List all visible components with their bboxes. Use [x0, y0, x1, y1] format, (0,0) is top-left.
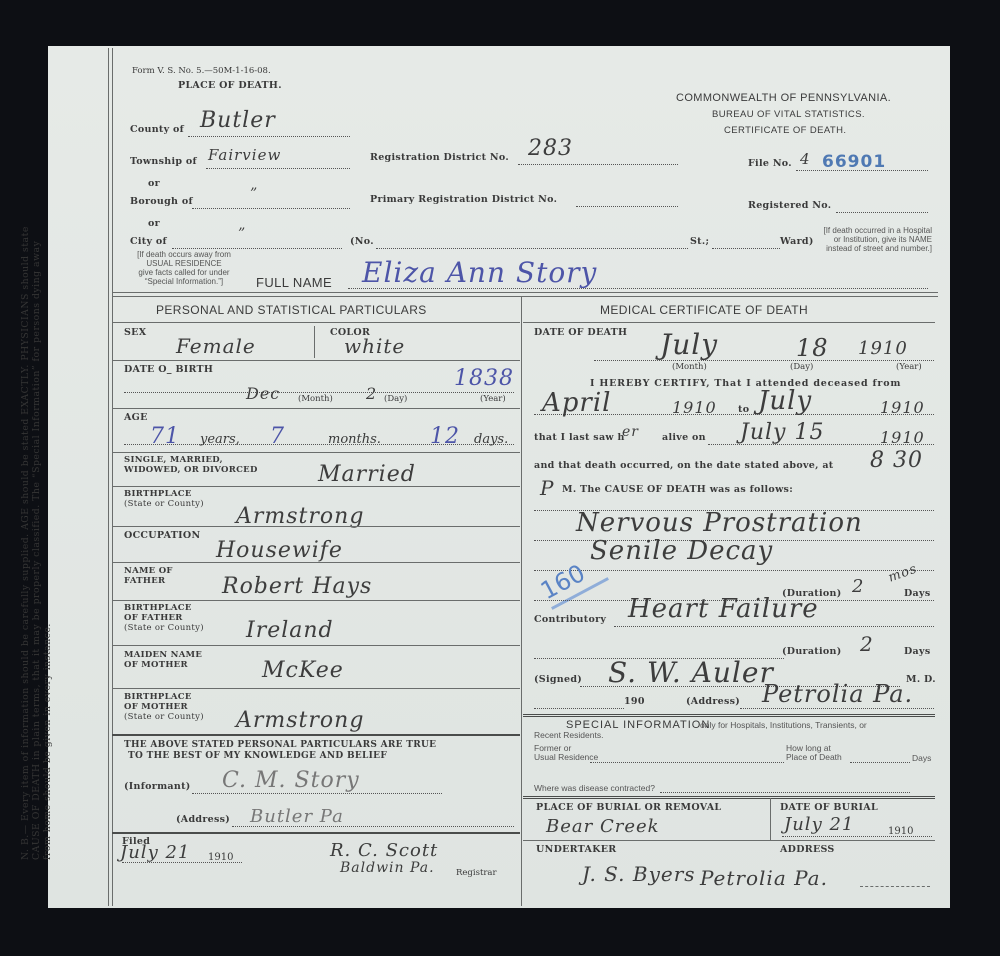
physician-address-label: (Address): [686, 696, 740, 707]
residence-note-line: give facts called for under: [126, 268, 242, 277]
day-caption: (Day): [790, 362, 813, 372]
father-label-line: NAME OF: [124, 566, 173, 576]
side-note-line: from home should be given in every insta…: [42, 50, 53, 860]
affirmation: THE ABOVE STATED PERSONAL PARTICULARS AR…: [124, 740, 436, 762]
days-caption: days.: [474, 432, 508, 447]
days-label: Days: [904, 588, 930, 599]
color-value: white: [344, 334, 405, 358]
township-value: Fairview: [208, 146, 281, 164]
months-caption: months.: [328, 432, 381, 447]
certificate-heading: CERTIFICATE OF DEATH.: [724, 125, 846, 136]
file-no-label: File No.: [748, 158, 792, 169]
registrar-label: Registrar: [456, 868, 497, 878]
last-saw-date: July 15: [740, 420, 824, 445]
cause-primary: Nervous Prostration: [576, 508, 863, 538]
to-label: to: [738, 404, 749, 415]
sex-value: Female: [176, 334, 256, 358]
age-label: AGE: [124, 412, 148, 423]
row-rule: [112, 452, 520, 453]
burial-date-label: DATE OF BURIAL: [780, 802, 878, 813]
street-label: St.;: [690, 236, 709, 247]
mother-label-line: OF MOTHER: [124, 660, 202, 670]
signed-label: (Signed): [534, 674, 582, 685]
row-rule: [112, 734, 520, 736]
section-rule: [112, 292, 938, 293]
row-rule: [112, 645, 520, 646]
month-caption: (Month): [672, 362, 707, 372]
former-residence-label: Former or Usual Residence: [534, 744, 598, 762]
birthplace-label-line: BIRTHPLACE: [124, 489, 204, 499]
duration-value: 2: [852, 576, 864, 597]
street-no-label: (No.: [350, 236, 374, 247]
death-time: 8 30: [870, 448, 923, 473]
year-caption: (Year): [896, 362, 922, 372]
sex-label: SEX: [124, 327, 146, 338]
registrar-address: Baldwin Pa.: [340, 860, 435, 876]
filed-year: 1910: [208, 852, 233, 863]
day-caption: (Day): [384, 394, 407, 404]
father-value: Robert Hays: [222, 574, 372, 599]
year-line: [534, 708, 624, 709]
age-months: 7: [270, 424, 285, 449]
mother-bp-label-line: (State or County): [124, 712, 204, 722]
full-name-label: FULL NAME: [256, 275, 332, 290]
affirmation-line: THE ABOVE STATED PERSONAL PARTICULARS AR…: [124, 740, 436, 751]
year-caption: (Year): [480, 394, 506, 404]
row-rule: [112, 832, 520, 834]
burial-place-label: PLACE OF BURIAL OR REMOVAL: [536, 802, 721, 813]
primary-registration-label: Primary Registration District No.: [370, 194, 557, 205]
side-note: N. B.— Every item of information should …: [20, 50, 70, 860]
death-certificate: [48, 46, 950, 908]
borough-line: [192, 208, 350, 209]
registered-no-label: Registered No.: [748, 200, 831, 211]
informant-address-value: Butler Pa: [250, 806, 344, 827]
father-bp-label-line: OF FATHER: [124, 613, 204, 623]
row-rule: [112, 600, 520, 601]
undertaker-name: J. S. Byers: [582, 862, 696, 886]
mother-bp-label-line: OF MOTHER: [124, 702, 204, 712]
occupation-value: Housewife: [216, 538, 343, 563]
registered-no-line: [836, 212, 928, 213]
marital-label: SINGLE, MARRIED, WIDOWED, OR DIVORCED: [124, 455, 258, 475]
borough-label: Borough of: [130, 196, 193, 207]
disease-contracted-line: [660, 792, 910, 793]
certify-text: I HEREBY CERTIFY, That I attended deceas…: [590, 378, 901, 389]
physician-address-line: [740, 708, 934, 709]
father-label: NAME OF FATHER: [124, 566, 173, 586]
mother-birthplace-value: Armstrong: [236, 708, 364, 733]
undertaker-line: [860, 886, 930, 887]
former-residence-label-line: Usual Residence: [534, 753, 598, 762]
mother-birthplace-label: BIRTHPLACE OF MOTHER (State or County): [124, 692, 204, 722]
age-years: 71: [150, 424, 180, 449]
section-rule: [112, 296, 938, 297]
row-rule: [523, 714, 935, 717]
contributory-line: [614, 626, 934, 627]
marital-label-line: SINGLE, MARRIED,: [124, 455, 258, 465]
father-bp-label-line: BIRTHPLACE: [124, 603, 204, 613]
undertaker-address-label: ADDRESS: [780, 844, 835, 855]
physician-address-value: Petrolia Pa.: [762, 680, 913, 708]
contributory-value: Heart Failure: [628, 594, 819, 624]
father-label-line: FATHER: [124, 576, 173, 586]
side-note-line: N. B.— Every item of information should …: [20, 50, 31, 860]
or-label: or: [148, 218, 160, 229]
city-label: City of: [130, 236, 167, 247]
burial-divider: [770, 798, 771, 840]
row-rule: [112, 486, 520, 487]
father-bp-label-line: (State or County): [124, 623, 204, 633]
disease-contracted-label: Where was disease contracted?: [534, 784, 655, 793]
attended-from-year: 1910: [672, 398, 717, 417]
place-of-death-title: PLACE OF DEATH.: [178, 80, 282, 91]
informant-label: (Informant): [124, 781, 191, 792]
column-divider: [521, 296, 522, 906]
undertaker-label: UNDERTAKER: [536, 844, 617, 855]
duration-value: 2: [860, 632, 874, 656]
attended-to: July: [758, 386, 812, 416]
row-rule: [523, 840, 935, 841]
burial-date-year: 1910: [888, 826, 913, 837]
dob-year: 1838: [454, 366, 514, 391]
father-birthplace-value: Ireland: [246, 618, 334, 643]
how-long-line: [850, 762, 910, 763]
full-name-value: Eliza Ann Story: [362, 256, 597, 289]
death-year: 1910: [858, 338, 908, 359]
registration-district-line: [518, 164, 678, 165]
alive-on-label: alive on: [662, 432, 706, 443]
borough-value: ”: [250, 186, 258, 202]
last-saw-year: 1910: [880, 428, 925, 447]
mother-label: MAIDEN NAME OF MOTHER: [124, 650, 202, 670]
city-line: [172, 248, 342, 249]
death-month: July: [660, 328, 718, 361]
county-line: [188, 136, 350, 137]
year-prefix: 190: [624, 696, 645, 707]
residence-note-line: USUAL RESIDENCE: [126, 259, 242, 268]
mother-label-line: MAIDEN NAME: [124, 650, 202, 660]
row-rule: [112, 360, 520, 361]
undertaker-address: Petrolia Pa.: [700, 866, 828, 890]
residence-note-line: [If death occurs away from: [126, 250, 242, 259]
registration-district-value: 283: [528, 136, 573, 161]
residence-note-line: “Special Information.”]: [126, 277, 242, 286]
filed-date: July 21: [120, 842, 190, 863]
how-long-label-line: Place of Death: [786, 753, 842, 762]
residence-note: [If death occurs away from USUAL RESIDEN…: [126, 250, 242, 286]
row-rule: [112, 562, 520, 563]
cause-line: [534, 570, 934, 571]
city-value: ”: [238, 226, 246, 242]
cause-label: M. The CAUSE OF DEATH was as follows:: [562, 484, 793, 495]
days-label: Days: [912, 754, 931, 763]
file-no-value: 66901: [822, 152, 886, 172]
hospital-note: [If death occurred in a Hospital or Inst…: [822, 226, 932, 253]
commonwealth-heading: COMMONWEALTH OF PENNSYLVANIA.: [676, 92, 891, 104]
informant-line: [192, 793, 442, 794]
years-caption: years,: [200, 432, 240, 447]
bureau-heading: BUREAU OF VITAL STATISTICS.: [712, 109, 865, 120]
personal-section-title: PERSONAL AND STATISTICAL PARTICULARS: [156, 303, 427, 317]
death-day: 18: [796, 334, 829, 362]
row-rule: [523, 796, 935, 799]
row-rule: [112, 408, 520, 409]
burial-place-value: Bear Creek: [546, 816, 660, 837]
informant-value: C. M. Story: [222, 768, 360, 793]
meridiem: P: [540, 476, 554, 500]
father-birthplace-label: BIRTHPLACE OF FATHER (State or County): [124, 603, 204, 633]
occupation-label: OCCUPATION: [124, 530, 200, 541]
file-no-prefix: 4: [800, 150, 811, 168]
month-caption: (Month): [298, 394, 333, 404]
left-border-inner: [112, 48, 113, 906]
cause-secondary: Senile Decay: [590, 536, 773, 566]
form-number: Form V. S. No. 5.—50M-1-16-08.: [132, 66, 271, 76]
registration-district-label: Registration District No.: [370, 152, 509, 163]
days-label: Days: [904, 646, 930, 657]
row-rule: [112, 526, 520, 527]
marital-label-line: WIDOWED, OR DIVORCED: [124, 465, 258, 475]
duration-label: (Duration): [782, 646, 842, 657]
affirmation-line: TO THE BEST OF MY KNOWLEDGE AND BELIEF: [124, 751, 436, 762]
marital-value: Married: [318, 462, 416, 487]
contributory-label: Contributory: [534, 614, 606, 625]
attended-from: April: [542, 388, 611, 418]
date-of-death-line: [594, 360, 934, 361]
primary-registration-line: [576, 206, 678, 207]
birthplace-label-line: (State or County): [124, 499, 204, 509]
registrar-name: R. C. Scott: [330, 840, 438, 861]
how-long-label: How long at Place of Death: [786, 744, 842, 762]
row-rule: [112, 322, 520, 323]
attended-to-year: 1910: [880, 398, 925, 417]
special-info-subtitle: only for Hospitals, Institutions, Transi…: [700, 721, 867, 730]
last-saw-label: that I last saw h: [534, 432, 625, 443]
medical-section-title: MEDICAL CERTIFICATE OF DEATH: [600, 303, 808, 317]
township-line: [206, 168, 350, 169]
dob-month: Dec: [246, 384, 280, 403]
dob-label: DATE O_ BIRTH: [124, 364, 213, 375]
special-info-subtitle: Recent Residents.: [534, 731, 603, 740]
side-note-line: CAUSE OF DEATH in plain terms, that it m…: [31, 50, 42, 860]
row-rule: [523, 322, 935, 323]
last-saw-pronoun: er: [622, 424, 639, 440]
dob-day: 2: [366, 384, 377, 403]
former-residence-line: [590, 762, 784, 763]
township-label: Township of: [130, 156, 197, 167]
county-label: County of: [130, 124, 184, 135]
date-of-death-label: DATE OF DEATH: [534, 327, 627, 338]
death-time-label: and that death occurred, on the date sta…: [534, 460, 834, 471]
physician-signature: S. W. Auler: [608, 656, 774, 689]
birthplace-label: BIRTHPLACE (State or County): [124, 489, 204, 509]
age-days: 12: [430, 424, 460, 449]
left-border: [108, 48, 109, 906]
mother-value: McKee: [262, 658, 344, 683]
ward-label: Ward): [780, 236, 814, 247]
or-label: or: [148, 178, 160, 189]
ward-line: [712, 248, 780, 249]
dob-line: [124, 392, 514, 393]
burial-date-value: July 21: [784, 814, 854, 835]
mother-bp-label-line: BIRTHPLACE: [124, 692, 204, 702]
sex-color-divider: [314, 326, 315, 358]
informant-address-label: (Address): [176, 814, 230, 825]
county-value: Butler: [200, 108, 276, 133]
street-line: [376, 248, 688, 249]
row-rule: [112, 688, 520, 689]
